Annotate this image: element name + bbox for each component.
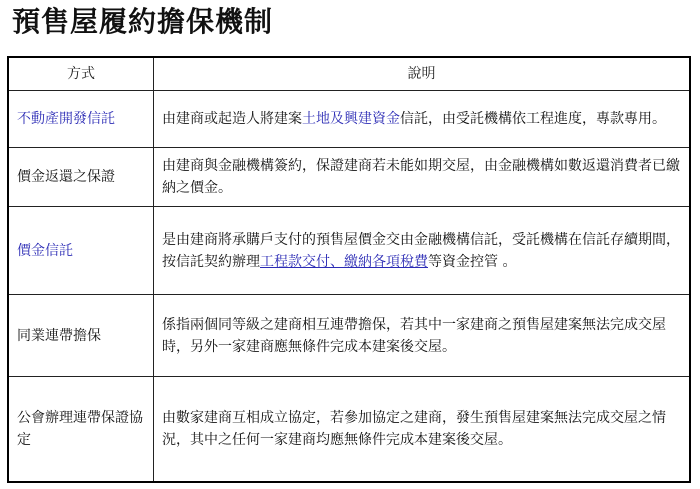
table-row: 價金返還之保證 由建商與金融機構簽約，保證建商若未能如期交屋，由金融機構如數返還… <box>8 148 690 207</box>
description-text: 係指兩個同等級之建商相互連帶擔保，若其中一家建商之預售屋建案無法完成交屋時，另外… <box>162 314 681 358</box>
method-cell: 價金信託 <box>8 207 154 295</box>
table-header-row: 方式 說明 <box>8 57 690 91</box>
description-cell: 係指兩個同等級之建商相互連帶擔保，若其中一家建商之預售屋建案無法完成交屋時，另外… <box>154 295 691 377</box>
method-cell: 不動產開發信託 <box>8 91 154 148</box>
description-cell: 由建商與金融機構簽約，保證建商若未能如期交屋，由金融機構如數返還消費者已繳納之價… <box>154 148 691 207</box>
description-text: 信託，由受託機構依工程進度，專款專用。 <box>400 111 666 127</box>
table-row: 同業連帶擔保 係指兩個同等級之建商相互連帶擔保，若其中一家建商之預售屋建案無法完… <box>8 295 690 377</box>
tax-payment-link[interactable]: 工程款交付、繳納各項稅費 <box>260 254 428 270</box>
description-cell: 由數家建商互相成立協定，若參加協定之建商，發生預售屋建案無法完成交屋之情況，其中… <box>154 377 691 483</box>
table-row: 公會辦理連帶保證協定 由數家建商互相成立協定，若參加協定之建商，發生預售屋建案無… <box>8 377 690 483</box>
method-cell: 公會辦理連帶保證協定 <box>8 377 154 483</box>
description-text: 由建商與金融機構簽約，保證建商若未能如期交屋，由金融機構如數返還消費者已繳納之價… <box>162 155 681 199</box>
header-description: 說明 <box>154 57 691 91</box>
description-text: 等資金控管 。 <box>428 254 516 270</box>
description-text: 由建商或起造人將建案 <box>162 111 302 127</box>
highlight-text: 土地及興建資金 <box>302 111 400 127</box>
method-cell: 同業連帶擔保 <box>8 295 154 377</box>
description-text: 由數家建商互相成立協定，若參加協定之建商，發生預售屋建案無法完成交屋之情況，其中… <box>162 407 681 451</box>
table-row: 不動產開發信託 由建商或起造人將建案土地及興建資金信託，由受託機構依工程進度，專… <box>8 91 690 148</box>
description-cell: 是由建商將承購戶支付的預售屋價金交由金融機構信託，受託機構在信託存續期間，按信託… <box>154 207 691 295</box>
table-row: 價金信託 是由建商將承購戶支付的預售屋價金交由金融機構信託，受託機構在信託存續期… <box>8 207 690 295</box>
page-title: 預售屋履約擔保機制 <box>12 2 273 42</box>
description-cell: 由建商或起造人將建案土地及興建資金信託，由受託機構依工程進度，專款專用。 <box>154 91 691 148</box>
header-method: 方式 <box>8 57 154 91</box>
method-cell: 價金返還之保證 <box>8 148 154 207</box>
guarantee-mechanism-table: 方式 說明 不動產開發信託 由建商或起造人將建案土地及興建資金信託，由受託機構依… <box>7 56 691 483</box>
